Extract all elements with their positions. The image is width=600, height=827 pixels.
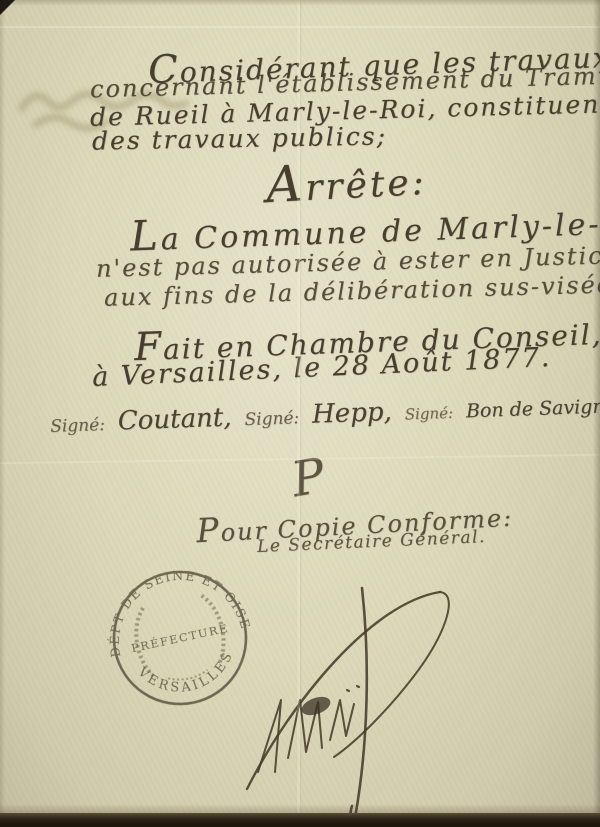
vertical-fold-crease bbox=[297, 0, 300, 827]
considerant-line-4: des travaux publics; bbox=[92, 121, 387, 155]
signature-name-coutant: Coutant, bbox=[117, 403, 232, 437]
signed-label-1: Signé: bbox=[50, 415, 105, 437]
signatures-line: Signé: Coutant, Signé: Hepp, Signé: Bon … bbox=[50, 389, 600, 439]
signed-label-2: Signé: bbox=[244, 408, 299, 430]
photo-top-edge-shadow bbox=[0, 0, 600, 6]
photo-corner-shadow bbox=[0, 0, 15, 15]
photo-left-edge-shadow bbox=[0, 0, 5, 827]
photo-bottom-edge bbox=[0, 813, 600, 827]
top-fold-crease bbox=[0, 26, 600, 28]
signature-name-savigny: Bon de Savigny. bbox=[466, 395, 600, 422]
signed-label-3: Signé: bbox=[404, 404, 453, 424]
prefecture-stamp: DÉPT DE SEINE ET OISE VERSAILLES PRÉFECT… bbox=[85, 543, 275, 733]
photo-right-edge-shadow bbox=[593, 0, 600, 827]
stamp-center-text: PRÉFECTURE bbox=[130, 621, 230, 655]
signature-name-hepp: Hepp, bbox=[312, 397, 393, 430]
manuscript-page: Considérant que les travaux concernant l… bbox=[0, 0, 600, 827]
ink-blot bbox=[299, 693, 333, 718]
